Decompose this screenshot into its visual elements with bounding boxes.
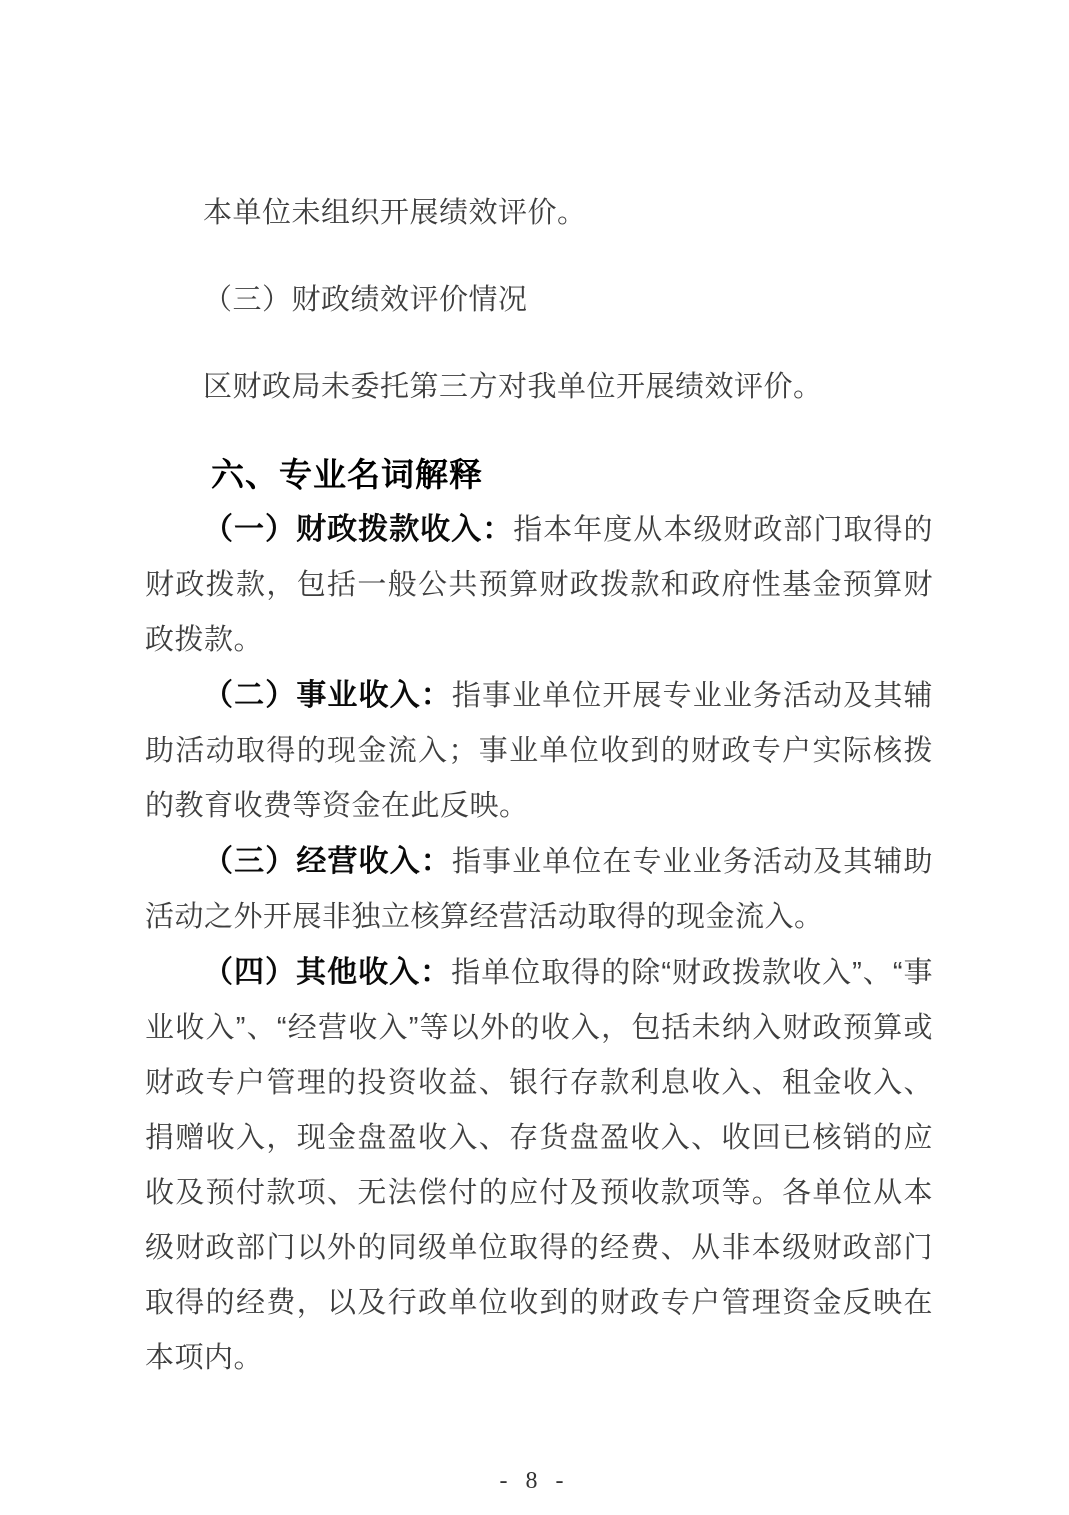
document-page: 本单位未组织开展绩效评价。 （三）财政绩效评价情况 区财政局未委托第三方对我单位…: [0, 0, 1069, 1515]
term-paragraph-fiscal-appropriation-income: （一）财政拨款收入：指本年度从本级财政部门取得的财政拨款，包括一般公共预算财政拨…: [145, 502, 933, 668]
term-label: （二）事业收入：: [203, 679, 452, 712]
section-heading-terms: 六、专业名词解释: [145, 447, 933, 502]
paragraph-no-third-party: 区财政局未委托第三方对我单位开展绩效评价。: [145, 360, 933, 415]
page-content: 本单位未组织开展绩效评价。 （三）财政绩效评价情况 区财政局未委托第三方对我单位…: [145, 186, 933, 1386]
term-paragraph-operating-income-public: （二）事业收入：指事业单位开展专业业务活动及其辅助活动取得的现金流入；事业单位收…: [145, 668, 933, 834]
page-number: - 8 -: [0, 1468, 1069, 1495]
paragraph-no-evaluation: 本单位未组织开展绩效评价。: [145, 186, 933, 241]
term-definition: 指单位取得的除“财政拨款收入”、“事业收入”、“经营收入”等以外的收入，包括未纳…: [145, 957, 933, 1374]
term-paragraph-other-income: （四）其他收入：指单位取得的除“财政拨款收入”、“事业收入”、“经营收入”等以外…: [145, 945, 933, 1386]
term-label: （一）财政拨款收入：: [203, 513, 513, 546]
subsection-heading-fiscal-evaluation: （三）财政绩效评价情况: [145, 273, 933, 328]
term-label: （三）经营收入：: [203, 845, 452, 878]
term-label: （四）其他收入：: [203, 956, 451, 989]
term-paragraph-business-income: （三）经营收入：指事业单位在专业业务活动及其辅助活动之外开展非独立核算经营活动取…: [145, 834, 933, 945]
